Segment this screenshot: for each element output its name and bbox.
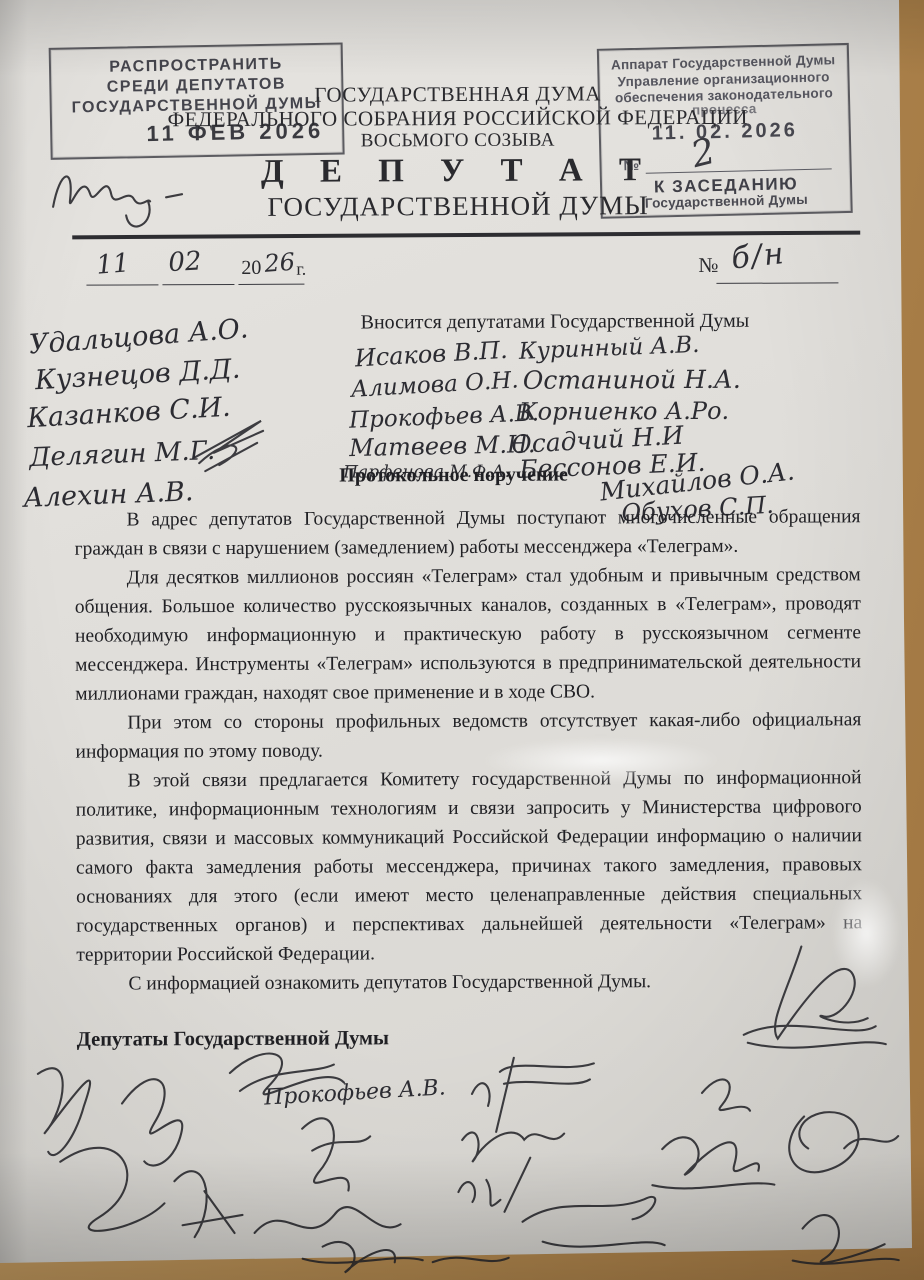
submitter-name: Делягин М.Г. (29, 436, 216, 473)
signature-squiggle (789, 1112, 898, 1173)
submitter-name: Кузнецов Д.Д. (34, 354, 241, 397)
signature-squiggle (60, 1147, 164, 1230)
signature-squiggle (472, 1057, 594, 1132)
handwritten-month: 02 (168, 246, 203, 278)
signature-squiggle (793, 1215, 899, 1264)
signature-squiggle (38, 1068, 91, 1155)
date-underline (162, 284, 234, 285)
doc-number-underline (716, 282, 838, 284)
signature-squiggle (122, 1079, 183, 1166)
submitter-name: Останиной Н.А. (523, 365, 741, 395)
date-underline (238, 284, 304, 285)
handwritten-day: 11 (95, 248, 130, 280)
handwritten-doc-number: б/н (730, 236, 788, 277)
submitter-name: Исаков В.П. (354, 336, 508, 373)
submitter-name: Казанков С.И. (26, 392, 231, 434)
submitter-name: Алимова О.Н. (350, 367, 519, 402)
handwritten-year: 26 (263, 248, 296, 278)
paragraph: С информацией ознакомить депутатов Госуд… (76, 966, 862, 998)
separator-rule (72, 231, 860, 240)
signing-heading: Депутаты Государственной Думы (77, 1027, 389, 1051)
paragraph: В этой связи предлагается Комитету госуд… (76, 763, 863, 969)
org-name-line3: ВОСЬМОГО СОЗЫВА (88, 128, 828, 153)
paragraph: В адрес депутатов Государственной Думы п… (74, 502, 860, 563)
photo-background: РАСПРОСТРАНИТЬ СРЕДИ ДЕПУТАТОВ ГОСУДАРСТ… (0, 0, 924, 1280)
signature-squiggle (652, 1137, 774, 1189)
signature-squiggle (323, 1241, 509, 1272)
deputy-title-line1: Д Е П У Т А Т (88, 151, 828, 191)
printed-year-prefix: 20 (241, 257, 261, 280)
signature-squiggle (254, 1207, 422, 1263)
document-content: РАСПРОСТРАНИТЬ СРЕДИ ДЕПУТАТОВ ГОСУДАРСТ… (0, 0, 924, 1280)
document-body: В адрес депутатов Государственной Думы п… (74, 502, 862, 998)
signature-squiggle (462, 1132, 564, 1212)
signature-squiggle (522, 1197, 664, 1247)
signature-squiggle (174, 1171, 242, 1237)
submitter-name: Прокофьев А.В. (349, 400, 540, 433)
year-suffix: г. (296, 259, 306, 280)
doc-number-label: № (698, 253, 718, 278)
deputy-title-line2: ГОСУДАРСТВЕННОЙ ДУМЫ (88, 189, 828, 223)
submitter-name: Куринный А.В. (518, 332, 700, 365)
submitter-name: Удальцова А.О. (28, 313, 250, 360)
document-title: Протокольное поручение (339, 464, 568, 488)
paragraph: Для десятков миллионов россиян «Телеграм… (75, 560, 862, 708)
submitter-name: Корниенко А.Ро. (519, 397, 729, 426)
signature-name: Прокофьев А.В. (263, 1075, 446, 1110)
paragraph: При этом со стороны профильных ведомств … (75, 705, 861, 766)
submitted-by-label: Вносится депутатами Государственной Думы (361, 310, 750, 335)
signature-squiggle (458, 1180, 500, 1206)
signature-squiggle (744, 1025, 886, 1048)
signature-squiggle (302, 1118, 370, 1191)
date-underline (86, 284, 158, 285)
submitter-name: Матвеев М.Н. (349, 430, 536, 462)
signature-squiggle (702, 1079, 750, 1111)
